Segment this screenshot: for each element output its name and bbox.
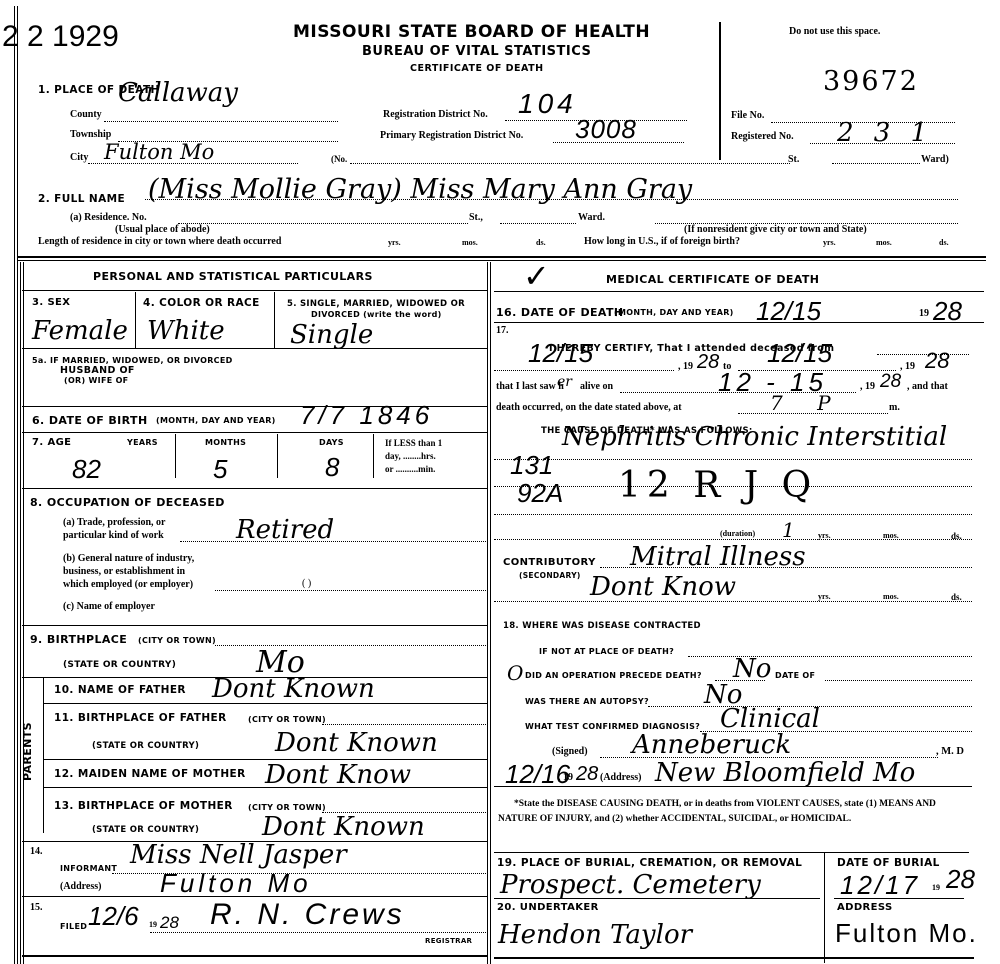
father-birthplace-sublabel: (CITY OR TOWN) — [248, 715, 326, 724]
personal-title-rule — [22, 290, 487, 291]
cause-line-1-rule — [494, 459, 972, 460]
industry-value: ( ) — [302, 578, 311, 589]
last-saw-label: that I last saw h — [496, 381, 564, 392]
primary-registration-value: 3008 — [575, 116, 637, 142]
mother-name-label: 12. MAIDEN NAME OF MOTHER — [54, 768, 246, 780]
physician-address: New Bloomfield Mo — [655, 760, 915, 786]
death-time-value: 7 P — [770, 393, 845, 413]
attended-to-year-prefix: , 19 — [900, 361, 915, 372]
registered-no-label: Registered No. — [731, 131, 794, 142]
sign-year: 28 — [576, 764, 598, 784]
dod-value: 12/15 — [756, 298, 821, 324]
attended-to-year: 28 — [925, 350, 949, 372]
informant-name: Miss Nell Jasper — [130, 842, 347, 868]
primary-registration-line — [553, 142, 684, 143]
city-label: City — [70, 152, 88, 163]
industry-label-2: business, or establishment in — [63, 566, 185, 577]
sex-value: Female — [32, 318, 128, 344]
duration-line — [494, 539, 972, 540]
cause-code-1: 131 — [510, 452, 553, 478]
occupation-label: 8. OCCUPATION OF DECEASED — [30, 496, 225, 509]
employer-label: (c) Name of employer — [63, 601, 155, 612]
age-days-divider — [373, 434, 374, 478]
duration-label: (duration) — [720, 529, 755, 538]
informant-label: INFORMANT — [60, 864, 117, 873]
trade-label-1: (a) Trade, profession, or — [63, 517, 166, 528]
primary-registration-label: Primary Registration District No. — [380, 130, 523, 141]
city-no-label: (No. — [331, 154, 347, 164]
duration-ds: ds. — [951, 531, 962, 541]
undertaker-address: Fulton Mo. — [835, 920, 978, 946]
foreign-birth-label: How long in U.S., if of foreign birth? — [584, 236, 740, 247]
spouse-label-2: HUSBAND OF — [60, 365, 135, 376]
race-label: 4. COLOR OR RACE — [143, 297, 260, 309]
age-label: 7. AGE — [32, 437, 71, 448]
informant-address-label: (Address) — [60, 881, 101, 892]
row-rule-occupation — [22, 625, 487, 626]
undertaker-label: 20. UNDERTAKER — [497, 902, 599, 913]
row-rule-burial-top — [494, 852, 969, 853]
city-ward-label: Ward) — [921, 154, 949, 165]
nonresident-note: (If nonresident give city or town and St… — [684, 224, 867, 235]
column-divider — [487, 262, 491, 964]
parents-side-label: PARENTS — [21, 722, 34, 781]
mother-birthplace-sublabel: (CITY OR TOWN) — [248, 803, 326, 812]
cause-line-2: 12 R J Q — [618, 468, 817, 504]
age-days-value: 8 — [325, 454, 339, 480]
length-yrs-label: yrs. — [388, 238, 401, 247]
filed-line — [150, 932, 486, 933]
father-birthplace-value: Dont Known — [275, 730, 438, 756]
county-label: County — [70, 109, 102, 120]
dob-value: 7/7 1846 — [300, 402, 433, 428]
city-no-line — [350, 163, 790, 164]
dod-year-prefix: 19 — [919, 308, 929, 319]
bottom-rule-left — [22, 955, 487, 957]
cause-code-2: 92A — [517, 480, 563, 506]
cause-line-3-rule — [494, 514, 972, 515]
father-birthplace-label: 11. BIRTHPLACE OF FATHER — [54, 712, 227, 724]
race-marital-divider — [274, 292, 275, 348]
industry-label-1: (b) General nature of industry, — [63, 553, 194, 564]
trade-value: Retired — [236, 517, 334, 543]
row-rule-father — [44, 703, 487, 704]
age-months-value: 5 — [213, 456, 227, 482]
header-bottom-rule — [18, 256, 986, 258]
informant-address: Fulton Mo — [160, 870, 312, 896]
if-not-place-line — [688, 656, 972, 657]
contributory-value-2: Dont Know — [590, 574, 736, 600]
contributory-mos: mos. — [883, 592, 899, 601]
bottom-rule-right — [494, 957, 974, 959]
burial-year: 28 — [946, 866, 975, 892]
row-rule-dob — [22, 432, 487, 433]
autopsy-label: WAS THERE AN AUTOPSY? — [525, 697, 649, 706]
item-18-label: 18. WHERE WAS DISEASE CONTRACTED — [503, 621, 701, 631]
city-value: Fulton Mo — [104, 142, 214, 163]
receipt-date-stamp: 2 2 1929 — [2, 20, 119, 54]
attended-to-value: 12/15 — [767, 340, 832, 366]
death-time-m-label: m. — [889, 402, 900, 413]
father-birthplace-city-line — [322, 724, 486, 725]
contributory-label: CONTRIBUTORY — [503, 557, 596, 568]
undertaker-address-label: ADDRESS — [837, 902, 893, 913]
undertaker-value: Hendon Taylor — [498, 922, 692, 948]
alive-on-label: alive on — [580, 381, 613, 392]
father-name-value: Dont Known — [212, 676, 375, 702]
age-years-divider — [175, 434, 176, 478]
office-use-note: Do not use this space. — [789, 26, 880, 37]
trade-label-2: particular kind of work — [63, 530, 164, 541]
dob-label: 6. DATE OF BIRTH — [32, 414, 148, 427]
row-rule-informant — [22, 896, 487, 897]
physician-address-label: (Address) — [600, 772, 641, 783]
burial-place-rule — [494, 898, 820, 899]
sex-race-divider — [135, 292, 136, 348]
operation-date-line — [825, 680, 972, 681]
residence-ward-label: Ward. — [578, 212, 605, 223]
age-days-label: DAYS — [319, 438, 344, 447]
dod-label: 16. DATE OF DEATH — [496, 306, 623, 319]
certificate-number: 39672 — [823, 66, 919, 97]
residence-st-line — [500, 223, 576, 224]
spouse-label-3: (OR) WIFE OF — [64, 376, 128, 385]
residence-st-label: St., — [469, 212, 483, 223]
registration-district-value: 104 — [518, 90, 577, 118]
marital-label: 5. SINGLE, MARRIED, WIDOWED OR — [287, 299, 465, 309]
mother-birthplace-value: Dont Known — [262, 814, 425, 840]
and-that-label: , and that — [907, 381, 948, 392]
mother-birthplace-label: 13. BIRTHPLACE OF MOTHER — [54, 800, 233, 812]
form-subtitle: BUREAU OF VITAL STATISTICS — [362, 44, 591, 59]
spouse-label-1: 5a. IF MARRIED, WIDOWED, OR DIVORCED — [32, 356, 233, 365]
foreign-ds-label: ds. — [939, 238, 949, 247]
left-section-border — [20, 262, 24, 964]
birthplace-label: 9. BIRTHPLACE — [30, 633, 127, 646]
burial-place-value: Prospect. Cemetery — [500, 872, 761, 898]
burial-place-label: 19. PLACE OF BURIAL, CREMATION, OR REMOV… — [497, 857, 802, 869]
medical-title-rule — [494, 291, 984, 292]
last-saw-pronoun: er — [557, 375, 572, 389]
less-than-day-hrs: day, ........hrs. — [385, 451, 436, 461]
age-years-value: 82 — [72, 456, 101, 482]
operation-date-label: DATE OF — [775, 671, 815, 680]
last-saw-year-prefix: , 19 — [860, 381, 875, 392]
age-months-divider — [277, 434, 278, 478]
operation-value: No — [733, 656, 771, 682]
contributory-line — [600, 567, 972, 568]
city-line — [88, 163, 298, 164]
foreign-mos-label: mos. — [876, 238, 892, 247]
filed-year-prefix: 19 — [149, 920, 157, 929]
if-not-place-label: IF NOT AT PLACE OF DEATH? — [539, 647, 674, 656]
row-rule-mother — [44, 787, 487, 788]
review-check-mark: ✓ — [523, 260, 550, 292]
duration-yrs: yrs. — [818, 531, 831, 540]
form-name: CERTIFICATE OF DEATH — [410, 63, 544, 74]
sign-year-prefix: , 19 — [558, 772, 573, 783]
dod-year: 28 — [933, 298, 962, 324]
contributory-line-2 — [494, 601, 972, 602]
registrar-label: REGISTRAR — [425, 937, 472, 945]
row-rule-dod — [494, 322, 984, 323]
header-bottom-rule-2 — [18, 260, 986, 261]
left-margin-border — [14, 6, 18, 964]
attended-from-line — [494, 370, 674, 371]
filed-year: 28 — [160, 914, 179, 931]
city-ward-line — [832, 163, 920, 164]
duration-value: 1 — [782, 520, 795, 540]
contributory-ds: ds. — [951, 592, 962, 602]
trade-line — [180, 541, 486, 542]
residence-label: (a) Residence. No. — [70, 212, 147, 223]
death-occurred-label: death occurred, on the date stated above… — [496, 402, 682, 413]
mother-name-value: Dont Know — [265, 762, 411, 788]
death-time-line — [738, 413, 888, 414]
duration-mos: mos. — [883, 531, 899, 540]
registered-no-line — [810, 143, 955, 144]
attended-from-year: 28 — [697, 352, 719, 372]
father-name-label: 10. NAME OF FATHER — [54, 684, 186, 696]
residence-abode-note: (Usual place of abode) — [115, 224, 210, 235]
burial-date-value: 12/17 — [840, 872, 920, 898]
residence-line — [178, 223, 468, 224]
dod-sublabel: (MONTH, DAY AND YEAR) — [614, 308, 734, 317]
city-st-label: St. — [788, 154, 799, 165]
file-no-label: File No. — [731, 110, 764, 121]
md-label: , M. D — [936, 746, 964, 757]
operation-label: DID AN OPERATION PRECEDE DEATH? — [525, 671, 702, 680]
burial-year-prefix: 19 — [932, 883, 940, 892]
full-name-label: 2. FULL NAME — [38, 193, 125, 205]
father-birthplace-state-label: (STATE OR COUNTRY) — [92, 741, 199, 751]
length-mos-label: mos. — [462, 238, 478, 247]
birthplace-state-label: (STATE OR COUNTRY) — [63, 660, 176, 670]
certify-from-trail-line — [877, 354, 969, 355]
birthplace-sublabel: (CITY OR TOWN) — [138, 636, 216, 645]
operation-mark: O — [507, 663, 523, 683]
age-years-label: YEARS — [127, 438, 158, 447]
industry-label-3: which employed (or employer) — [63, 579, 193, 590]
cause-line-1: Nephritis Chronic Interstitial — [562, 424, 947, 450]
filed-date: 12/6 — [88, 903, 139, 929]
medical-section-title: MEDICAL CERTIFICATE OF DEATH — [606, 273, 819, 286]
sex-label: 3. SEX — [32, 297, 70, 308]
less-than-day-min: or ..........min. — [385, 464, 435, 474]
test-confirmed-value: Clinical — [720, 706, 820, 732]
burial-date-label: DATE OF BURIAL — [837, 857, 940, 869]
contributory-yrs: yrs. — [818, 592, 831, 601]
less-than-day-label: If LESS than 1 — [385, 438, 442, 448]
cause-footnote: *State the DISEASE CAUSING DEATH, or in … — [498, 797, 968, 827]
marital-label-2: DIVORCED (write the word) — [311, 310, 442, 319]
item-17-label: 17. — [496, 325, 509, 336]
industry-line — [215, 590, 486, 591]
last-saw-year: 28 — [880, 372, 901, 391]
marital-value: Single — [290, 322, 373, 348]
parents-side-divider — [43, 678, 44, 833]
registrar-signature: R. N. Crews — [210, 900, 405, 930]
row-rule-age — [22, 488, 487, 489]
burial-column-divider — [824, 853, 825, 963]
county-value: Callaway — [118, 80, 238, 106]
attended-from-value: 12/15 — [528, 340, 593, 366]
informant-num: 14. — [30, 846, 43, 857]
township-label: Township — [70, 129, 111, 140]
registration-district-label: Registration District No. — [383, 109, 488, 120]
dob-sublabel: (MONTH, DAY AND YEAR) — [156, 416, 276, 425]
length-ds-label: ds. — [536, 238, 546, 247]
county-line — [104, 121, 338, 122]
age-months-label: MONTHS — [205, 438, 246, 447]
personal-section-title: PERSONAL AND STATISTICAL PARTICULARS — [93, 270, 373, 283]
length-residence-label: Length of residence in city or town wher… — [38, 236, 281, 247]
header-divider — [719, 22, 721, 160]
contributory-sublabel: (SECONDARY) — [519, 571, 581, 580]
filed-num: 15. — [30, 902, 43, 913]
burial-date-rule — [834, 898, 964, 899]
physician-signature: Anneberuck — [632, 732, 791, 758]
sign-date-rule — [494, 786, 972, 787]
filed-label: FILED — [60, 922, 87, 931]
race-value: White — [147, 318, 225, 344]
foreign-yrs-label: yrs. — [823, 238, 836, 247]
row-rule-sex — [22, 348, 487, 349]
form-title: MISSOURI STATE BOARD OF HEALTH — [293, 22, 650, 42]
attended-from-year-prefix: , 19 — [678, 361, 693, 372]
signed-label: (Signed) — [552, 746, 588, 757]
mother-birthplace-state-label: (STATE OR COUNTRY) — [92, 825, 199, 835]
full-name-line — [145, 199, 958, 200]
